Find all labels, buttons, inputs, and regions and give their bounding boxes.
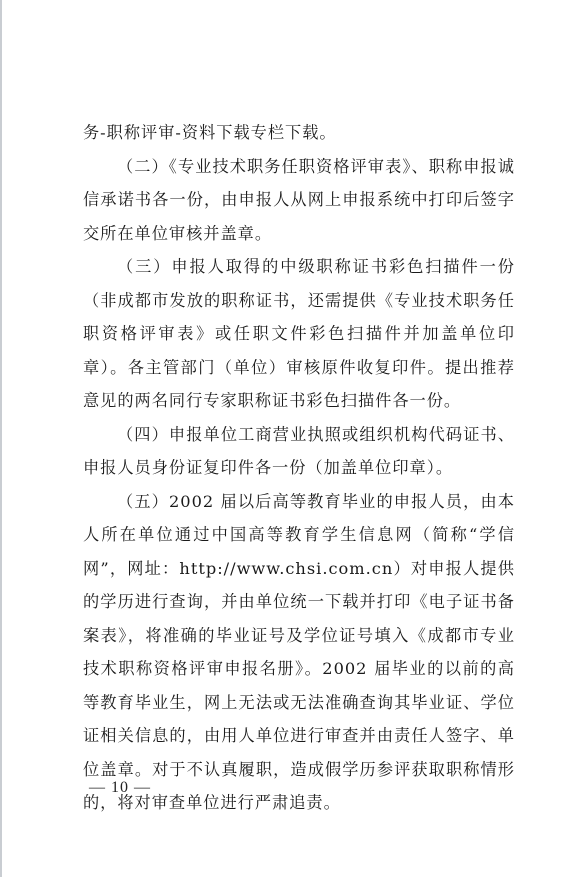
- paragraph-item-5: （五）2002 届以后高等教育毕业的申报人员，由本人所在单位通过中国高等教育学生…: [83, 485, 515, 820]
- paragraph-item-2: （二）《专业技术职务任职资格评审表》、职称申报诚信承诺书各一份，由申报人从网上申…: [83, 150, 515, 251]
- paragraph-item-3: （三）申报人取得的中级职称证书彩色扫描件一份（非成都市发放的职称证书，还需提供《…: [83, 250, 515, 418]
- paragraph-item-4: （四）申报单位工商营业执照或组织机构代码证书、申报人员身份证复印件各一份（加盖单…: [83, 418, 515, 485]
- page-edge: [0, 0, 2, 877]
- document-body: 务-职称评审-资料下载专栏下载。 （二）《专业技术职务任职资格评审表》、职称申报…: [83, 116, 515, 820]
- page-number: — 10 —: [89, 779, 151, 797]
- paragraph-continuation: 务-职称评审-资料下载专栏下载。: [83, 116, 515, 150]
